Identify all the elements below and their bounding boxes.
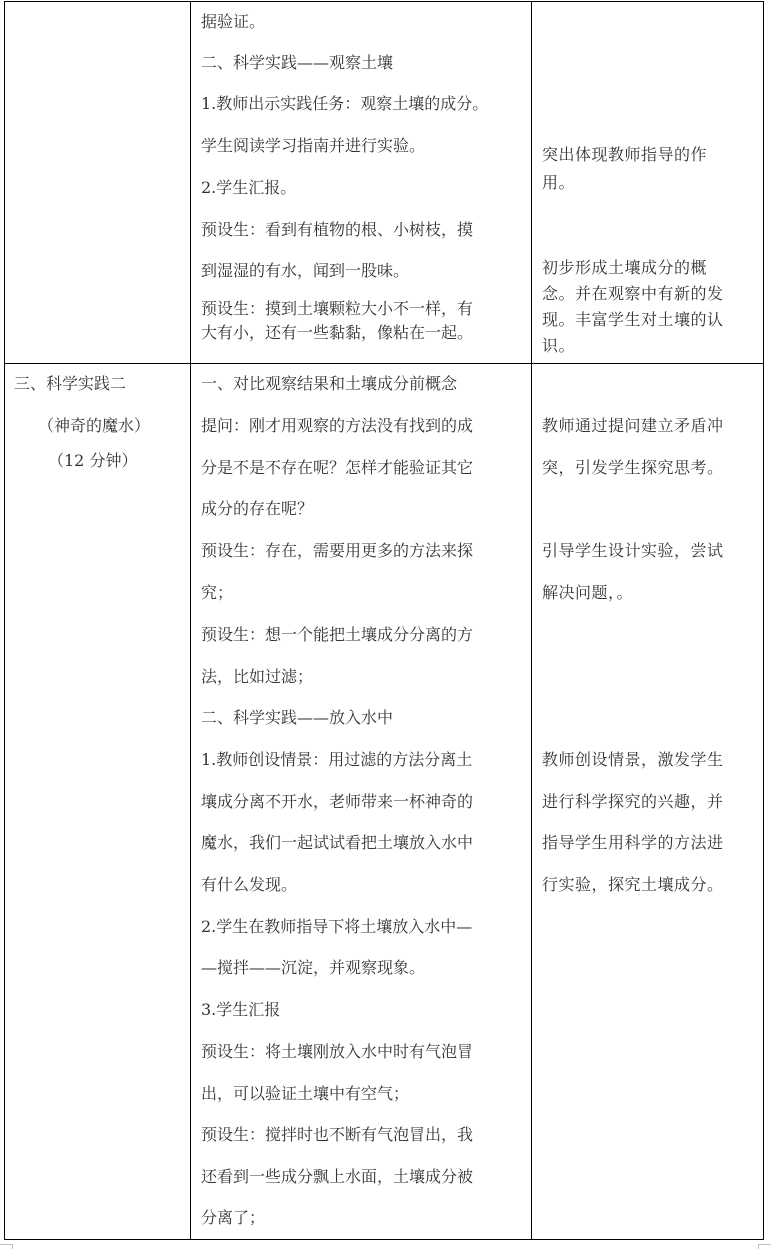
activity-line: 壤成分离不开水，老师带来一杯神奇的 [201, 792, 473, 812]
intent-line: 引导学生设计实验，尝试 [542, 541, 724, 561]
activity-line: —搅拌——沉淀，并观察现象。 [201, 958, 425, 978]
activity-line: 据验证。 [201, 12, 265, 32]
intent-line: 突出体现教师指导的作 [542, 145, 707, 165]
table-bottom-border [4, 1239, 764, 1240]
intent-line: 识。 [542, 336, 575, 356]
section-heading: 一、对比观察结果和土壤成分前概念 [201, 374, 457, 394]
row-divider [4, 363, 764, 364]
intent-line: 初步形成土壤成分的概 [542, 258, 707, 278]
table-right-border [763, 1, 764, 1240]
activity-line: 预设生：看到有植物的根、小树枝，摸 [201, 220, 473, 240]
activity-line: 预设生：摸到土壤颗粒大小不一样，有 [201, 299, 473, 319]
intent-line: 行实验，探究土壤成分。 [542, 875, 724, 895]
activity-line: 法，比如过滤； [201, 667, 313, 687]
activity-line: 成分的存在呢？ [201, 499, 313, 519]
activity-line: 预设生：将土壤刚放入水中时有气泡冒 [201, 1042, 473, 1062]
page-corner-mark-left [12, 1244, 13, 1249]
activity-line: 大有小，还有一些黏黏，像粘在一起。 [201, 323, 473, 343]
intent-line: 指导学生用科学的方法进 [542, 833, 724, 853]
activity-line: 分是不是不存在呢？怎样才能验证其它 [201, 458, 473, 478]
intent-line: 现。丰富学生对土壤的认 [542, 310, 724, 330]
table-left-border [4, 1, 5, 1240]
intent-line: 进行科学探究的兴趣，并 [542, 792, 724, 812]
activity-line: 预设生：存在，需要用更多的方法来探 [201, 541, 473, 561]
intent-line: 解决问题，。 [542, 583, 633, 603]
activity-line: 2.学生在教师指导下将土壤放入水中— [201, 917, 472, 937]
intent-line: 念。并在观察中有新的发 [542, 284, 724, 304]
activity-line: 1.教师出示实践任务：观察土壤的成分。 [201, 94, 488, 114]
activity-line: 预设生：搅拌时也不断有气泡冒出，我 [201, 1125, 473, 1145]
column-divider-1 [190, 1, 191, 1240]
activity-line: 预设生：想一个能把土壤成分分离的方 [201, 625, 473, 645]
activity-line: 1.教师创设情景：用过滤的方法分离土 [201, 750, 472, 770]
activity-line: 究； [201, 583, 233, 603]
stage-subtitle: （神奇的魔水） [38, 416, 150, 436]
activity-line: 魔水，我们一起试试看把土壤放入水中 [201, 833, 473, 853]
activity-line: 提问：刚才用观察的方法没有找到的成 [201, 416, 473, 436]
page-corner-mark-right [758, 1244, 771, 1245]
page-corner-mark-right [758, 1244, 759, 1249]
activity-line: 3.学生汇报 [201, 1000, 280, 1020]
intent-line: 突，引发学生探究思考。 [542, 458, 724, 478]
activity-line: 学生阅读学习指南并进行实验。 [201, 136, 425, 156]
lesson-plan-page: 据验证。 二、科学实践——观察土壤 1.教师出示实践任务：观察土壤的成分。 学生… [0, 0, 771, 1249]
section-heading: 二、科学实践——放入水中 [201, 708, 393, 728]
activity-line: 2.学生汇报。 [201, 178, 296, 198]
section-heading: 二、科学实践——观察土壤 [201, 53, 393, 73]
stage-title: 三、科学实践二 [14, 374, 126, 394]
table-top-border [4, 1, 764, 2]
activity-line: 到湿湿的有水，闻到一股味。 [201, 261, 409, 281]
page-corner-mark-left [0, 1244, 12, 1245]
activity-line: 还看到一些成分飘上水面，土壤成分被 [201, 1167, 473, 1187]
intent-line: 用。 [542, 173, 575, 193]
activity-line: 出，可以验证土壤中有空气； [201, 1084, 409, 1104]
activity-line: 有什么发现。 [201, 875, 297, 895]
intent-line: 教师通过提问建立矛盾冲 [542, 416, 724, 436]
column-divider-2 [531, 1, 532, 1240]
intent-line: 教师创设情景，激发学生 [542, 750, 724, 770]
activity-line: 分离了； [201, 1208, 265, 1228]
stage-duration: （12 分钟） [48, 451, 137, 471]
